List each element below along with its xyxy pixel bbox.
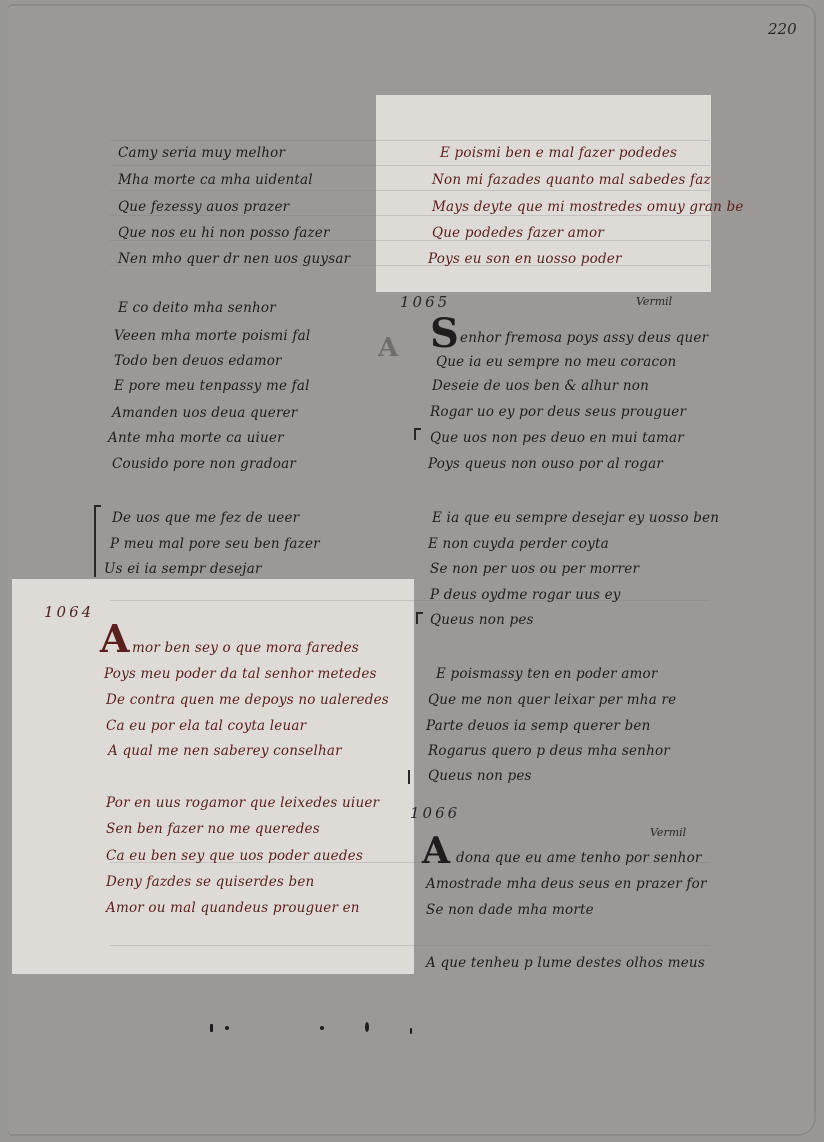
verse-line: P deus oydme rogar uus ey (430, 587, 621, 603)
verse-line: Que fezessy auos prazer (118, 199, 289, 215)
margin-mark (414, 428, 421, 430)
verse-line: enhor fremosa poys assy deus quer (460, 330, 708, 346)
verse-line: Por en uus rogamor que leixedes uiuer (106, 795, 379, 811)
verse-line: E non cuyda perder coyta (428, 536, 609, 552)
ruling-line (110, 945, 710, 946)
verse-line: Poys queus non ouso por al rogar (428, 456, 663, 472)
verse-line: Poys meu poder da tal senhor metedes (104, 666, 377, 682)
verse-line: Non mi fazades quanto mal sabedes faz (432, 172, 711, 188)
verse-line: dona que eu ame tenho por senhor (456, 850, 702, 866)
verse-line: Rogar uo ey por deus seus prouguer (430, 404, 686, 420)
verse-line: A qual me nen saberey conselhar (108, 743, 342, 759)
verse-line: Mays deyte que mi mostredes omuy gran be (432, 199, 744, 215)
verse-line: Ante mha morte ca uiuer (108, 430, 284, 446)
verse-line: Veeen mha morte poismi fal (114, 328, 310, 344)
verse-line: Que uos non pes deuo en mui tamar (430, 430, 684, 446)
verse-line: Mha morte ca mha uidental (118, 172, 313, 188)
verse-line: A que tenheu p lume destes olhos meus (426, 955, 705, 971)
verse-line: Queus non pes (430, 612, 534, 628)
verse-line: Se non per uos ou per morrer (430, 561, 639, 577)
verse-line: Parte deuos ia semp querer ben (426, 718, 651, 734)
verse-line: Que nos eu hi non posso fazer (118, 225, 330, 241)
folio-number: 220 (768, 20, 797, 38)
ruling-line (110, 215, 710, 216)
verse-line: Que ia eu sempre no meu coracon (436, 354, 676, 370)
verse-line: Deseie de uos ben & alhur non (432, 378, 649, 394)
verse-line: Nen mho quer dr nen uos guysar (118, 251, 350, 267)
verse-line: E poismi ben e mal fazer podedes (440, 145, 677, 161)
verse-line: Us ei ia sempr desejar (104, 561, 262, 577)
verse-line: Poys eu son en uosso poder (428, 251, 622, 267)
verse-line: Que me non quer leixar per mha re (428, 692, 676, 708)
verse-line: Queus non pes (428, 768, 532, 784)
verse-line: Rogarus quero p deus mha senhor (428, 743, 670, 759)
verse-line: Todo ben deuos edamor (114, 353, 282, 369)
margin-brace (94, 505, 101, 577)
verse-line: Que podedes fazer amor (432, 225, 604, 241)
margin-note: Vermil (636, 295, 672, 308)
verse-line: Amor ou mal quandeus prouguer en (106, 900, 360, 916)
poem-number: 1064 (44, 603, 94, 621)
poem-number: 1066 (410, 804, 460, 822)
verse-line: Deny fazdes se quiserdes ben (106, 874, 314, 890)
verse-line: E ia que eu sempre desejar ey uosso ben (432, 510, 719, 526)
verse-line: Ca eu ben sey que uos poder auedes (106, 848, 363, 864)
verse-line: Sen ben fazer no me queredes (106, 821, 320, 837)
ruling-line (110, 140, 710, 141)
decorated-initial: A (422, 830, 450, 872)
verse-line: Amanden uos deua querer (112, 405, 297, 421)
verse-line: P meu mal pore seu ben fazer (110, 536, 320, 552)
verse-line: De uos que me fez de ueer (112, 510, 299, 526)
ruling-line (110, 165, 710, 166)
verse-line: mor ben sey o que mora faredes (132, 640, 359, 656)
verse-line: Camy seria muy melhor (118, 145, 285, 161)
margin-mark (408, 770, 410, 784)
verse-line: Cousido pore non gradoar (112, 456, 296, 472)
verse-line: E co deito mha senhor (118, 300, 276, 316)
margin-note: Vermil (650, 826, 686, 839)
margin-mark (416, 612, 423, 614)
ruling-line (110, 190, 710, 191)
verse-line: De contra quen me depoys no ualeredes (106, 692, 389, 708)
verse-line: Ca eu por ela tal coyta leuar (106, 718, 306, 734)
decorated-initial: A (100, 616, 129, 661)
verse-line: Se non dade mha morte (426, 902, 594, 918)
poem-number: 1065 (400, 293, 450, 311)
verse-line: E pore meu tenpassy me fal (114, 378, 310, 394)
decorated-initial: S (430, 310, 459, 357)
verse-line: E poismassy ten en poder amor (436, 666, 658, 682)
faded-initial: A (378, 333, 398, 363)
verse-line: Amostrade mha deus seus en prazer for (426, 876, 707, 892)
